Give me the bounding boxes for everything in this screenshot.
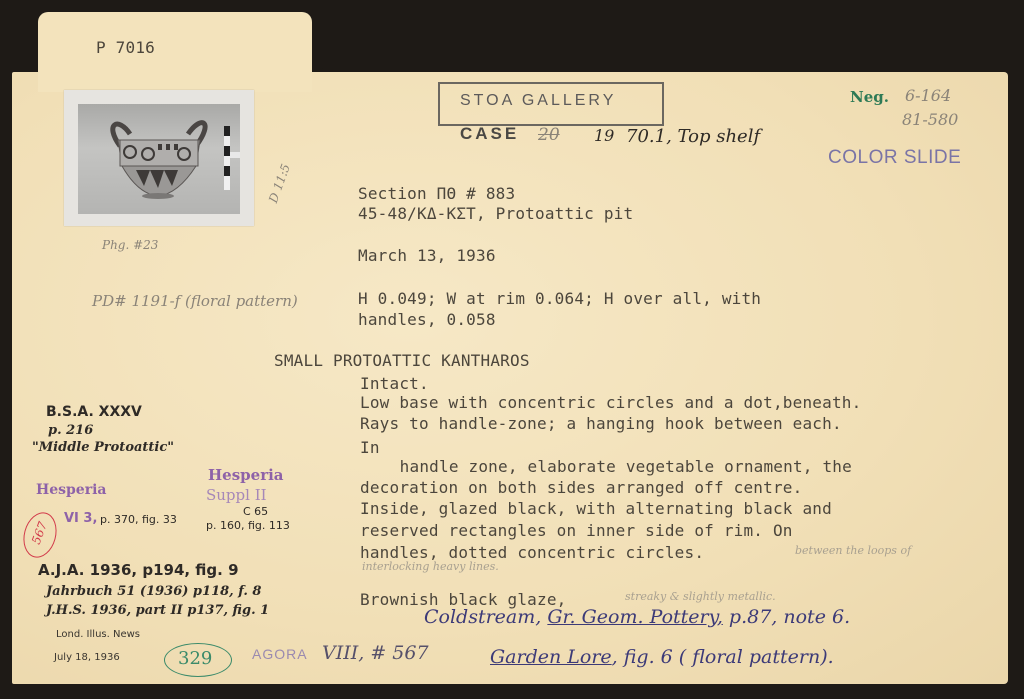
illustrated-news-reference: Lond. Illus. News (56, 629, 140, 640)
case-shelf-note: 70.1, Top shelf (626, 126, 760, 147)
negative-number-2: 81-580 (902, 110, 958, 129)
reference-page: p.87, note 6. (729, 606, 850, 628)
description-line: Inside, glazed black, with alternating b… (360, 499, 832, 518)
case-struck-number: 20 (538, 125, 560, 145)
location-stamp: STOA GALLERY (460, 92, 616, 110)
context-line: 45-48/ΚΔ-ΚΣΤ, Protoattic pit (358, 204, 633, 223)
catalog-number: P 7016 (96, 38, 155, 57)
hesperia-suppl-stamp-2: Suppl II (206, 486, 267, 504)
dimensions-line-1: H 0.049; W at rim 0.064; H over all, wit… (358, 289, 761, 308)
hesperia-suppl-stamp-1: Hesperia (208, 466, 284, 484)
case-label: CASE (460, 124, 519, 144)
hesperia-suppl-page: p. 160, fig. 113 (206, 519, 290, 532)
kantharos-photo (78, 104, 240, 214)
reference-title: Gr. Geom. Pottery, (547, 606, 723, 628)
bsa-page: p. 216 (48, 423, 93, 438)
agora-reference: VIII, # 567 (322, 642, 429, 664)
bsa-reference: B.S.A. XXXV (46, 404, 142, 420)
object-photo-mount (64, 90, 254, 226)
reference-coldstream: Coldstream, Gr. Geom. Pottery, p.87, not… (424, 606, 850, 628)
reference-author: Coldstream, (424, 606, 541, 628)
reference-garden-lore: Garden Lore, fig. 6 ( floral pattern). (490, 646, 834, 668)
hesperia-suppl-catalog: C 65 (243, 505, 268, 518)
section-line: Section ΠΘ # 883 (358, 184, 515, 203)
negative-label: Neg. (850, 88, 889, 106)
description-line: Intact. (360, 374, 429, 393)
glaze-pencil-note: streaky & slightly metallic. (625, 590, 776, 603)
description-line: decoration on both sides arranged off ce… (360, 478, 802, 497)
jhs-reference: J.H.S. 1936, part II p137, fig. 1 (46, 603, 269, 618)
reference-title: Garden Lore (490, 646, 612, 668)
kantharos-image-icon (78, 104, 240, 214)
find-date: March 13, 1936 (358, 246, 496, 265)
negative-number-1: 6-164 (905, 86, 951, 105)
catalog-card-tab (38, 12, 312, 92)
description-line: reserved rectangles on inner side of rim… (360, 521, 793, 540)
pencil-addendum-1: between the loops of (795, 544, 911, 557)
card-tab-corner-left (0, 40, 38, 72)
hesperia-page: p. 370, fig. 33 (100, 513, 177, 526)
object-title: SMALL PROTOATTIC KANTHAROS (274, 351, 530, 370)
description-line: Rays to handle-zone; a hanging hook betw… (360, 414, 842, 433)
green-circle-number: 329 (178, 648, 212, 669)
dimensions-line-2: handles, 0.058 (358, 310, 496, 329)
hesperia-stamp: Hesperia (36, 482, 106, 498)
description-line: Low base with concentric circles and a d… (360, 393, 861, 412)
description-line: handle zone, elaborate vegetable ornamen… (380, 457, 852, 476)
bsa-quote: "Middle Protoattic" (32, 440, 174, 455)
drawing-number-note: PD# 1191-f (floral pattern) (92, 292, 298, 310)
agora-stamp: AGORA (252, 646, 308, 662)
pencil-addendum-2: interlocking heavy lines. (362, 560, 499, 573)
card-tab-corner-right (312, 12, 352, 72)
photo-number-note: Phg. #23 (102, 238, 158, 252)
illustrated-news-date: July 18, 1936 (54, 652, 120, 663)
color-slide-stamp: COLOR SLIDE (828, 147, 961, 169)
case-handwritten-number: 19 (594, 126, 614, 145)
reference-page: , fig. 6 ( floral pattern). (612, 646, 834, 668)
description-line: In (360, 438, 380, 457)
jahrbuch-reference: Jahrbuch 51 (1936) p118, f. 8 (46, 584, 261, 599)
aja-reference: A.J.A. 1936, p194, fig. 9 (38, 561, 239, 579)
hesperia-volume: VI 3, (64, 511, 97, 526)
